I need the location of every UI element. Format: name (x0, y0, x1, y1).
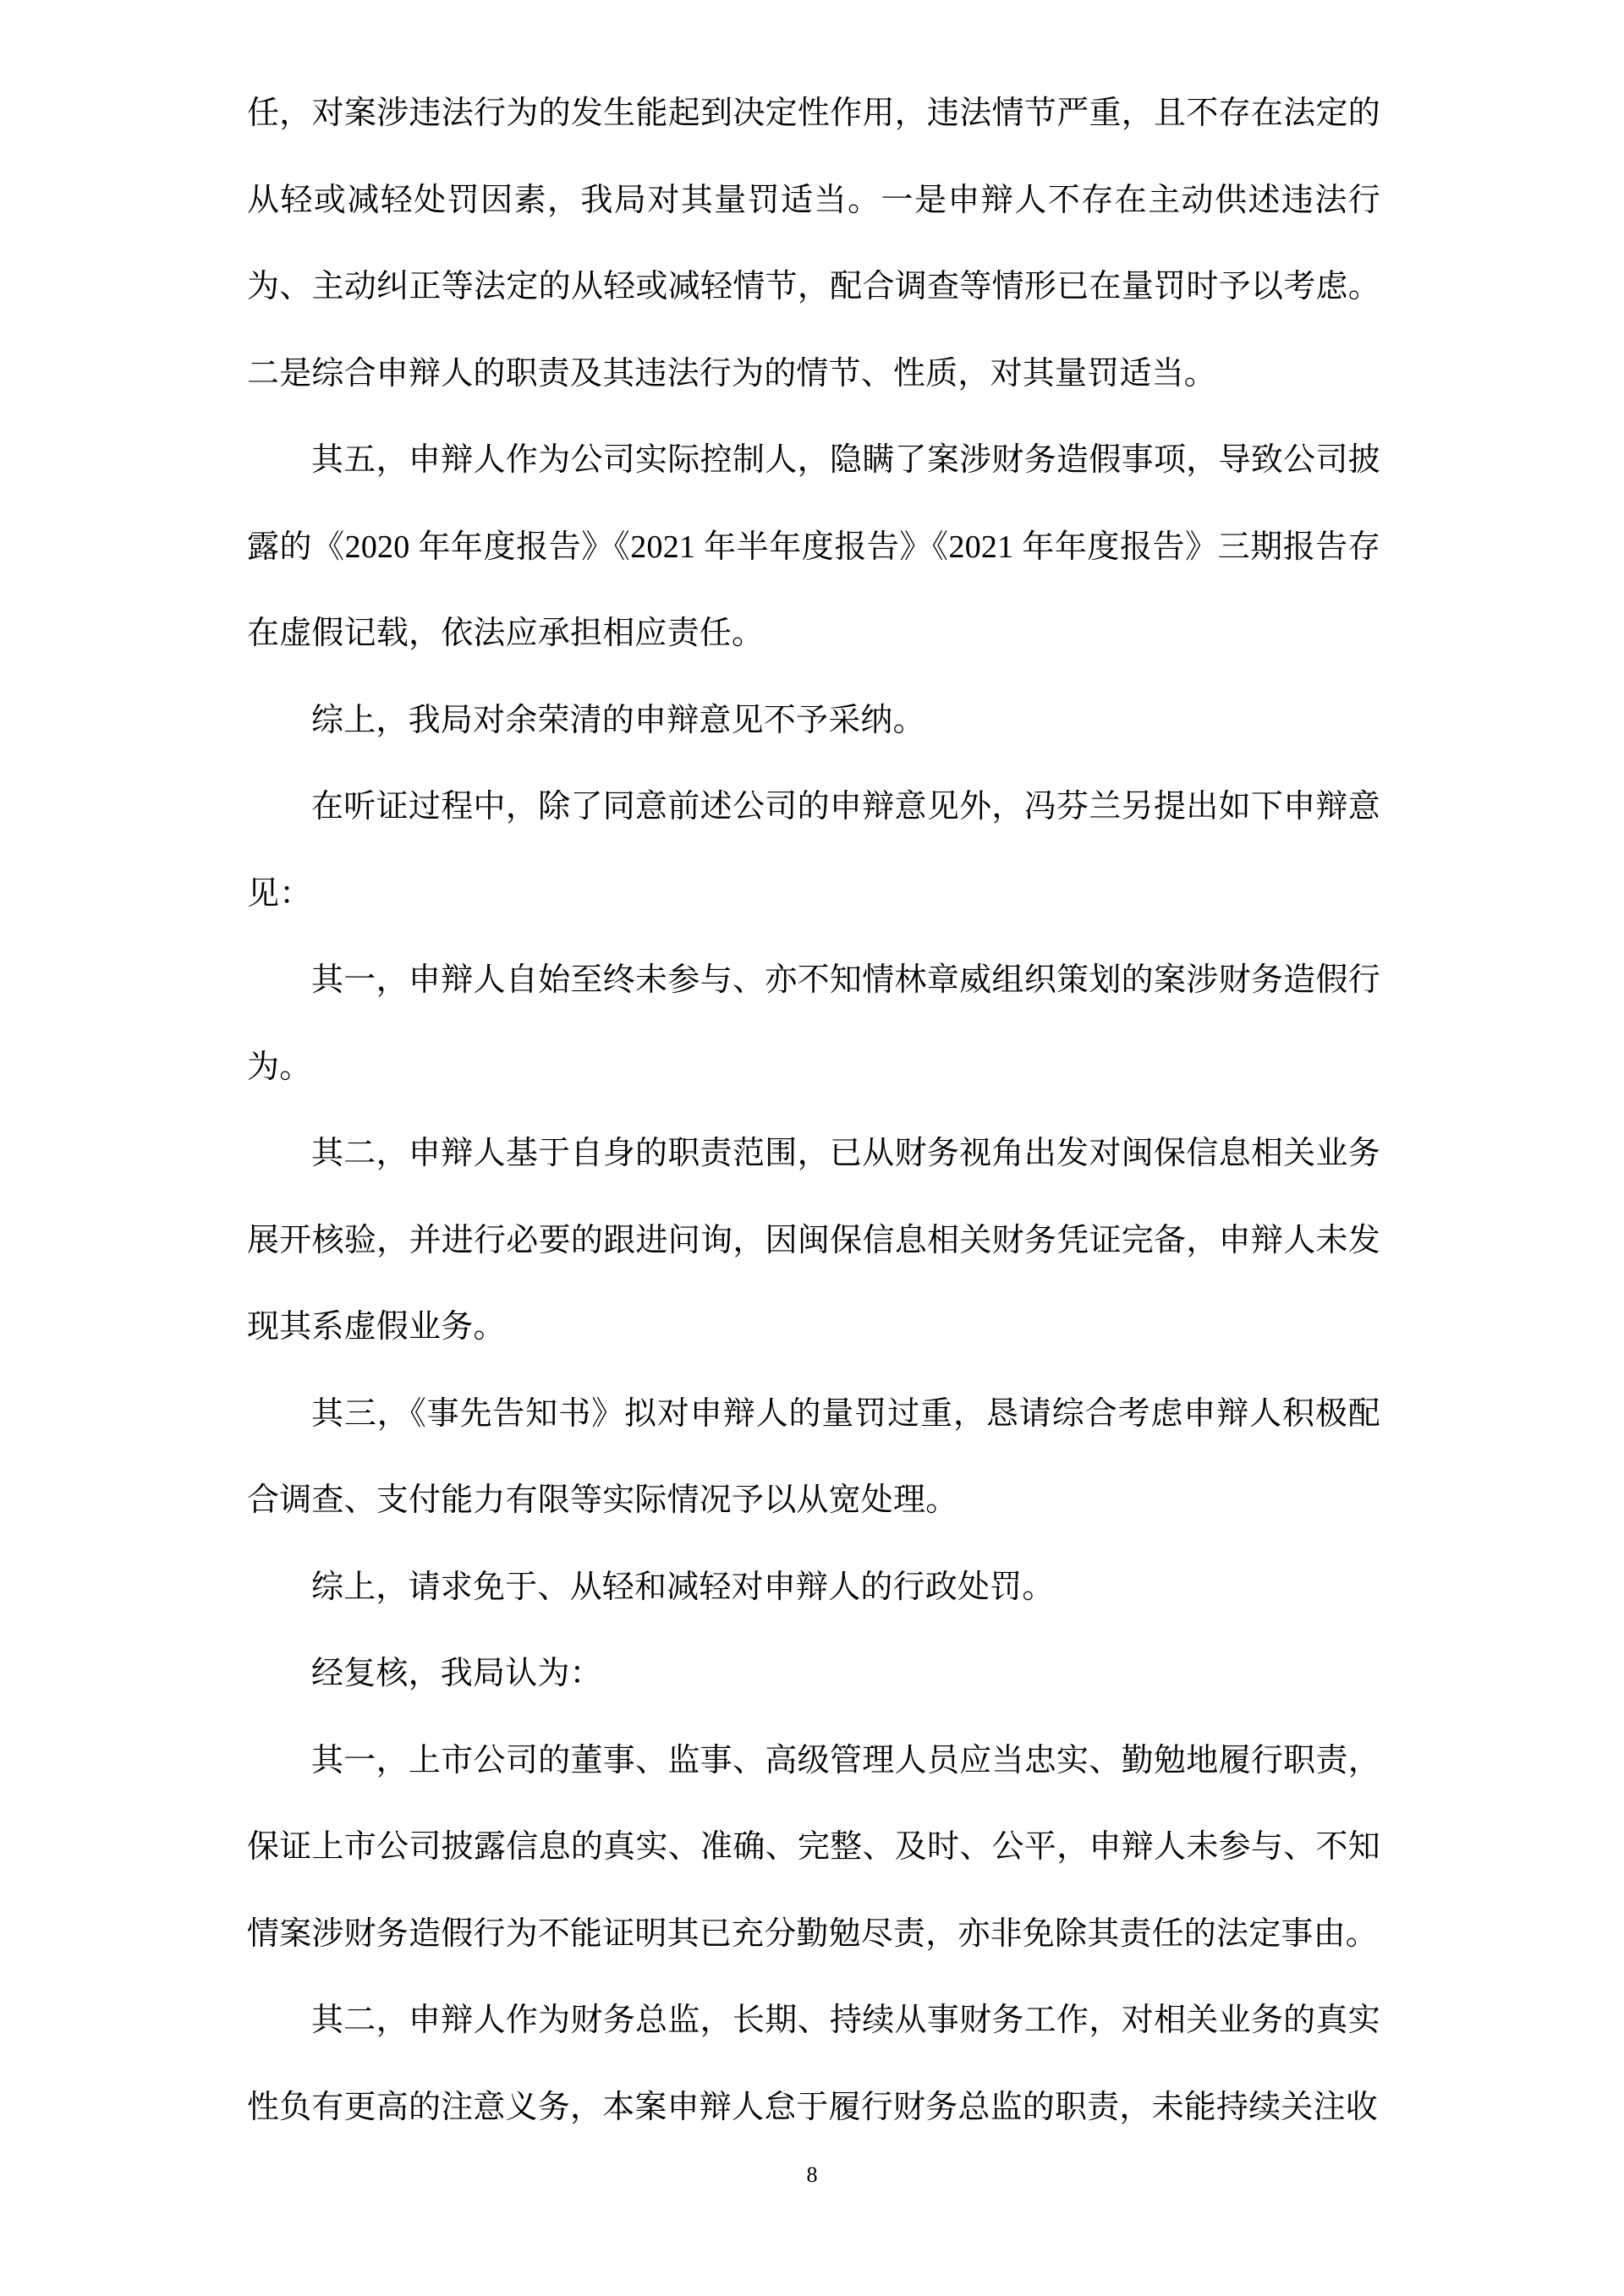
paragraph-review-opinion-2: 其二，申辩人作为财务总监，长期、持续从事财务工作，对相关业务的真实性负有更高的注… (247, 1977, 1380, 2151)
paragraph-defense-3: 其三，《事先告知书》拟对申辩人的量罚过重，恳请综合考虑申辩人积极配合调查、支付能… (247, 1371, 1380, 1544)
paragraph-review-opinion-1: 其一，上市公司的董事、监事、高级管理人员应当忠实、勤勉地履行职责，保证上市公司披… (247, 1718, 1380, 1978)
paragraph-hearing-intro: 在听证过程中，除了同意前述公司的申辩意见外，冯芬兰另提出如下申辩意见： (247, 764, 1380, 937)
page-number: 8 (807, 2162, 818, 2187)
paragraph-item-5: 其五，申辩人作为公司实际控制人，隐瞒了案涉财务造假事项，导致公司披露的《2020… (247, 417, 1380, 677)
paragraph-defense-summary: 综上，请求免于、从轻和减轻对申辩人的行政处罚。 (247, 1544, 1380, 1631)
paragraph-continuation: 任，对案涉违法行为的发生能起到决定性作用，违法情节严重，且不存在法定的从轻或减轻… (247, 70, 1380, 417)
paragraph-review-intro: 经复核，我局认为： (247, 1630, 1380, 1718)
paragraph-defense-2: 其二，申辩人基于自身的职责范围，已从财务视角出发对闽保信息相关业务展开核验，并进… (247, 1110, 1380, 1371)
document-page: 任，对案涉违法行为的发生能起到决定性作用，违法情节严重，且不存在法定的从轻或减轻… (0, 0, 1624, 2296)
page-footer: 8 (0, 2158, 1624, 2192)
paragraph-defense-1: 其一，申辩人自始至终未参与、亦不知情林章威组织策划的案涉财务造假行为。 (247, 937, 1380, 1110)
paragraph-summary-rejection: 综上，我局对余荣清的申辩意见不予采纳。 (247, 677, 1380, 764)
document-body: 任，对案涉违法行为的发生能起到决定性作用，违法情节严重，且不存在法定的从轻或减轻… (247, 70, 1380, 2151)
